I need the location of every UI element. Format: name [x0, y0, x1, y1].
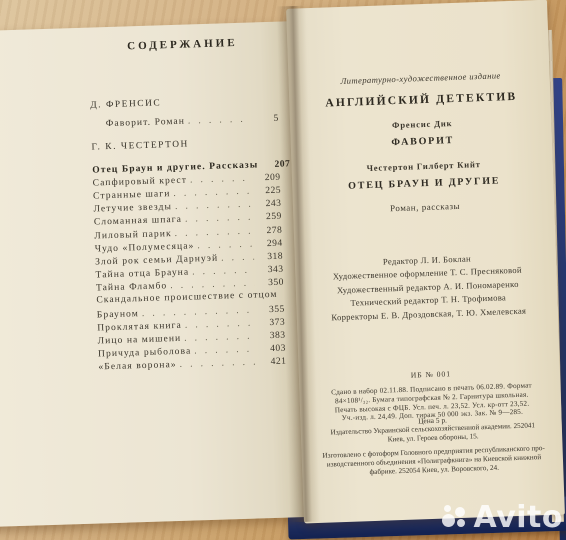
- toc-entry-title: Тайна отца Брауна: [95, 268, 189, 281]
- toc-page-number: 421: [260, 357, 286, 368]
- toc-entry-title: Сломанная шпага: [94, 215, 182, 228]
- toc-page-number: [252, 102, 278, 103]
- toc-page-number: 383: [259, 331, 285, 342]
- toc-page-number: [254, 144, 280, 145]
- toc-dot-leader: . . . . . . . . . . . . . . . . . . . . …: [170, 278, 255, 291]
- toc-entry-title: Д. ФРЕНСИС: [90, 98, 161, 110]
- series-title: АНГЛИЙСКИЙ ДЕТЕКТИВ: [301, 90, 541, 110]
- toc-page-number: 259: [256, 212, 282, 223]
- toc-entry-title: Фаворит. Роман: [106, 117, 185, 129]
- work-title-1: ФАВОРИТ: [303, 132, 543, 151]
- toc-entry-title: Летучие звезды: [93, 202, 172, 214]
- toc-dot-leader: . . . . . . . . . . . . . . . . . . . . …: [221, 251, 254, 262]
- work-title-2: ОТЕЦ БРАУН И ДРУГИЕ: [304, 174, 544, 193]
- toc-dot-leader: . . . . . . . . . . . . . . . . . . . . …: [188, 114, 250, 126]
- toc-dot-leader: . . . . . . . . . . . . . . . . . . . . …: [194, 344, 257, 356]
- toc-heading: СОДЕРЖАНИЕ: [88, 36, 276, 54]
- toc-page-number: 209: [254, 172, 280, 183]
- toc-entry-title: «Белая ворона»: [98, 360, 177, 372]
- toc-dot-leader: . . . . . . . . . . . . . . . . . . . . …: [185, 212, 253, 224]
- staff-credits: Редактор Л. И. БокланХудожественное офор…: [307, 250, 549, 325]
- toc-dot-leader: [164, 103, 249, 106]
- toc-page-number: 343: [257, 265, 283, 276]
- toc-page-number: 318: [257, 252, 283, 263]
- avito-logo-icon: [442, 504, 469, 531]
- toc-page-number: 403: [260, 344, 286, 355]
- printing-house-address: Изготовлено с фотоформ Головного предпри…: [314, 444, 555, 479]
- toc-entry-title: Сапфировый крест: [93, 175, 188, 188]
- toc-page-number: 278: [256, 225, 282, 236]
- toc-page-number: 373: [259, 317, 285, 328]
- toc-dot-leader: . . . . . . . . . . . . . . . . . . . . …: [185, 317, 257, 329]
- toc-entry-title: Чудо «Полумесяца»: [95, 241, 195, 254]
- toc-page-number: 355: [259, 304, 285, 315]
- toc-dot-leader: . . . . . . . . . . . . . . . . . . . . …: [192, 265, 255, 277]
- author-2: Честертон Гилберт Кийт: [304, 157, 544, 175]
- toc-page-number: 350: [258, 278, 284, 289]
- right-page: Литературно-художественное издание АНГЛИ…: [286, 0, 565, 523]
- toc-entry-title: Лицо на мишени: [98, 334, 182, 347]
- genre-note: Роман, рассказы: [305, 198, 545, 216]
- toc-rows: Д. ФРЕНСИС Фаворит. Роман . . . . . . . …: [90, 95, 287, 375]
- edition-note: Литературно-художественное издание: [300, 69, 540, 87]
- left-page: СОДЕРЖАНИЕ Д. ФРЕНСИС Фаворит. Роман . .…: [0, 21, 313, 527]
- table-of-contents: СОДЕРЖАНИЕ Д. ФРЕНСИС Фаворит. Роман . .…: [88, 36, 286, 375]
- toc-dot-leader: . . . . . . . . . . . . . . . . . . . . …: [180, 357, 258, 369]
- toc-dot-leader: [192, 145, 251, 147]
- avito-watermark-text: Avito: [474, 500, 563, 535]
- toc-entry-title: Тайна Фламбо: [96, 282, 168, 294]
- toc-dot-leader: . . . . . . . . . . . . . . . . . . . . …: [142, 304, 256, 318]
- toc-row: Д. ФРЕНСИС: [90, 95, 278, 114]
- toc-entry-title: Лиловый парик: [94, 229, 172, 241]
- toc-page-number: 207: [264, 159, 290, 170]
- toc-dot-leader: . . . . . . . . . . . . . . . . . . . . …: [197, 238, 254, 250]
- toc-entry-title: Брауном: [97, 309, 139, 320]
- toc-page-number: 5: [253, 114, 279, 125]
- toc-page-number: 243: [255, 199, 281, 210]
- ib-number: ИБ № 001: [311, 366, 551, 383]
- toc-dot-leader: . . . . . . . . . . . . . . . . . . . . …: [190, 172, 252, 184]
- toc-row: Г. К. ЧЕСТЕРТОН: [91, 137, 279, 156]
- book-photo: СОДЕРЖАНИЕ Д. ФРЕНСИС Фаворит. Роман . .…: [0, 0, 566, 540]
- toc-dot-leader: . . . . . . . . . . . . . . . . . . . . …: [175, 225, 254, 237]
- toc-dot-leader: . . . . . . . . . . . . . . . . . . . . …: [175, 199, 253, 211]
- toc-entry-title: Г. К. ЧЕСТЕРТОН: [91, 140, 189, 153]
- toc-dot-leader: . . . . . . . . . . . . . . . . . . . . …: [173, 186, 252, 198]
- toc-entry-title: Причуда рыболова: [98, 347, 192, 360]
- toc-page-number: 294: [257, 238, 283, 249]
- toc-dot-leader: . . . . . . . . . . . . . . . . . . . . …: [184, 331, 257, 343]
- toc-page-number: 225: [255, 186, 281, 197]
- author-1: Френсис Дик: [302, 115, 542, 133]
- toc-entry-title: Проклятая книга: [97, 321, 182, 334]
- toc-entry-title: Странные шаги: [93, 189, 171, 201]
- toc-row: Фаворит. Роман . . . . . . . . . . . . .…: [91, 113, 279, 132]
- avito-watermark: Avito: [442, 500, 563, 535]
